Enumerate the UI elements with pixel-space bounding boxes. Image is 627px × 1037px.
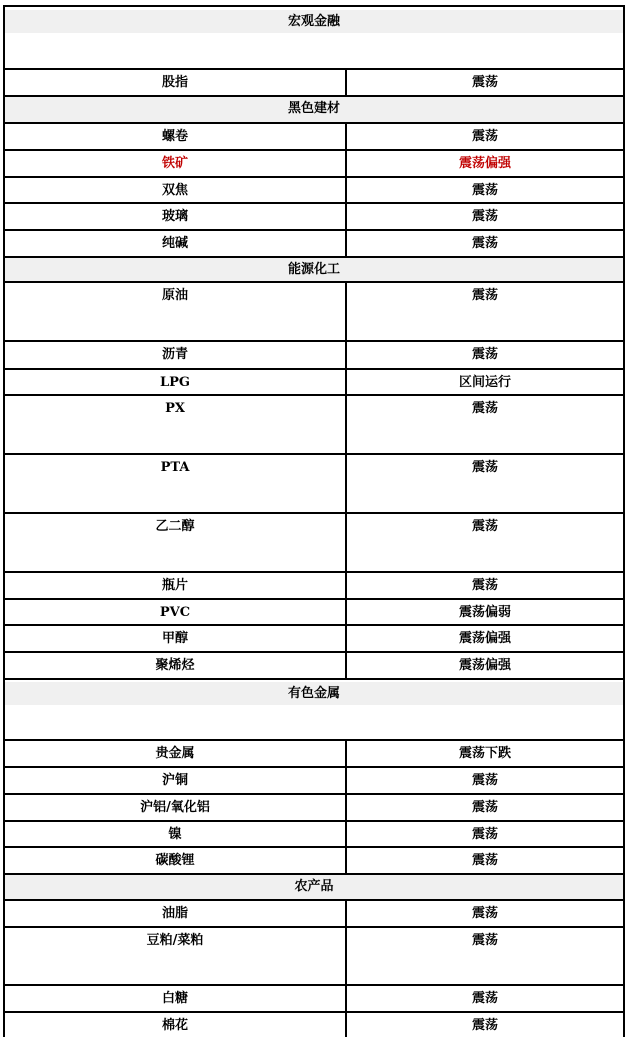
commodity-outlook: 震荡 — [347, 204, 623, 229]
table-row: 甲醇 震荡偏强 — [5, 626, 623, 653]
commodity-outlook: 震荡 — [347, 178, 623, 202]
table-row: PX 震荡 — [5, 396, 623, 455]
commodity-name: 沪铝/氧化铝 — [5, 795, 347, 820]
table-row: 原油 震荡 — [5, 283, 623, 342]
commodity-name: 碳酸锂 — [5, 848, 347, 873]
table-row: 乙二醇 震荡 — [5, 514, 623, 573]
commodity-outlook: 震荡 — [347, 795, 623, 820]
commodity-outlook: 震荡下跌 — [347, 741, 623, 766]
section-header-agriculture: 农产品 — [5, 875, 623, 901]
commodity-outlook: 震荡 — [347, 396, 623, 453]
commodity-name: PX — [5, 396, 347, 453]
table-row: PTA 震荡 — [5, 455, 623, 514]
table-row: PVC 震荡偏弱 — [5, 600, 623, 626]
section-header-ferrous-building: 黑色建材 — [5, 97, 623, 124]
commodity-outlook: 震荡 — [347, 986, 623, 1011]
commodity-outlook: 震荡 — [347, 70, 623, 95]
commodity-outlook: 震荡 — [347, 822, 623, 846]
section-title: 农产品 — [5, 875, 623, 899]
commodity-name: 沥青 — [5, 342, 347, 368]
section-header-macro-finance: 宏观金融 — [5, 10, 623, 70]
commodity-name: 沪铜 — [5, 768, 347, 793]
commodity-name: 股指 — [5, 70, 347, 95]
commodity-outlook: 震荡 — [347, 283, 623, 340]
table-row: 油脂 震荡 — [5, 901, 623, 928]
table-row: 玻璃 震荡 — [5, 204, 623, 231]
commodity-name: 聚烯烃 — [5, 653, 347, 678]
commodity-outlook: 震荡 — [347, 901, 623, 926]
table-row: 股指 震荡 — [5, 70, 623, 97]
commodity-name: 螺卷 — [5, 124, 347, 149]
commodity-outlook: 震荡偏强 — [347, 151, 623, 176]
table-row: 纯碱 震荡 — [5, 231, 623, 258]
section-title: 有色金属 — [5, 682, 623, 705]
commodity-outlook: 震荡 — [347, 768, 623, 793]
table-row: 棉花 震荡 — [5, 1013, 623, 1037]
commodity-name: 玻璃 — [5, 204, 347, 229]
commodity-name: LPG — [5, 370, 347, 394]
table-row: 聚烯烃 震荡偏强 — [5, 653, 623, 680]
table-row: 螺卷 震荡 — [5, 124, 623, 151]
table-row: 瓶片 震荡 — [5, 573, 623, 600]
table-row: 贵金属 震荡下跌 — [5, 741, 623, 768]
commodity-name: 瓶片 — [5, 573, 347, 598]
commodity-name: 白糖 — [5, 986, 347, 1011]
table-row: 沪铜 震荡 — [5, 768, 623, 795]
commodity-outlook-table: 宏观金融 股指 震荡 黑色建材 螺卷 震荡 铁矿 震荡偏强 双焦 震荡 玻璃 震… — [3, 5, 625, 1037]
table-row: 双焦 震荡 — [5, 178, 623, 204]
commodity-outlook: 区间运行 — [347, 370, 623, 394]
section-title: 黑色建材 — [5, 97, 623, 122]
commodity-outlook: 震荡偏强 — [347, 626, 623, 651]
commodity-outlook: 震荡 — [347, 573, 623, 598]
commodity-outlook: 震荡偏强 — [347, 653, 623, 678]
commodity-outlook: 震荡 — [347, 455, 623, 512]
section-header-nonferrous-metals: 有色金属 — [5, 682, 623, 741]
commodity-name: 铁矿 — [5, 151, 347, 176]
commodity-name: 油脂 — [5, 901, 347, 926]
commodity-outlook: 震荡 — [347, 928, 623, 984]
commodity-name: 原油 — [5, 283, 347, 340]
table-row: 沥青 震荡 — [5, 342, 623, 370]
commodity-outlook: 震荡 — [347, 514, 623, 571]
section-title: 能源化工 — [5, 258, 623, 281]
section-header-energy-chemicals: 能源化工 — [5, 258, 623, 283]
table-row: 沪铝/氧化铝 震荡 — [5, 795, 623, 822]
commodity-outlook: 震荡 — [347, 342, 623, 368]
table-row: 镍 震荡 — [5, 822, 623, 848]
commodity-name: 棉花 — [5, 1013, 347, 1037]
commodity-outlook: 震荡 — [347, 848, 623, 873]
commodity-outlook: 震荡偏弱 — [347, 600, 623, 624]
commodity-name: 甲醇 — [5, 626, 347, 651]
commodity-name: 双焦 — [5, 178, 347, 202]
table-row: 豆粕/菜粕 震荡 — [5, 928, 623, 986]
table-row: 碳酸锂 震荡 — [5, 848, 623, 875]
commodity-name: 豆粕/菜粕 — [5, 928, 347, 984]
table-row: LPG 区间运行 — [5, 370, 623, 396]
commodity-name: PTA — [5, 455, 347, 512]
section-title: 宏观金融 — [5, 10, 623, 33]
commodity-outlook: 震荡 — [347, 124, 623, 149]
commodity-name: 贵金属 — [5, 741, 347, 766]
table-row-highlighted: 铁矿 震荡偏强 — [5, 151, 623, 178]
commodity-outlook: 震荡 — [347, 1013, 623, 1037]
commodity-name: 乙二醇 — [5, 514, 347, 571]
commodity-name: 纯碱 — [5, 231, 347, 256]
commodity-outlook: 震荡 — [347, 231, 623, 256]
commodity-name: PVC — [5, 600, 347, 624]
commodity-name: 镍 — [5, 822, 347, 846]
table-row: 白糖 震荡 — [5, 986, 623, 1013]
